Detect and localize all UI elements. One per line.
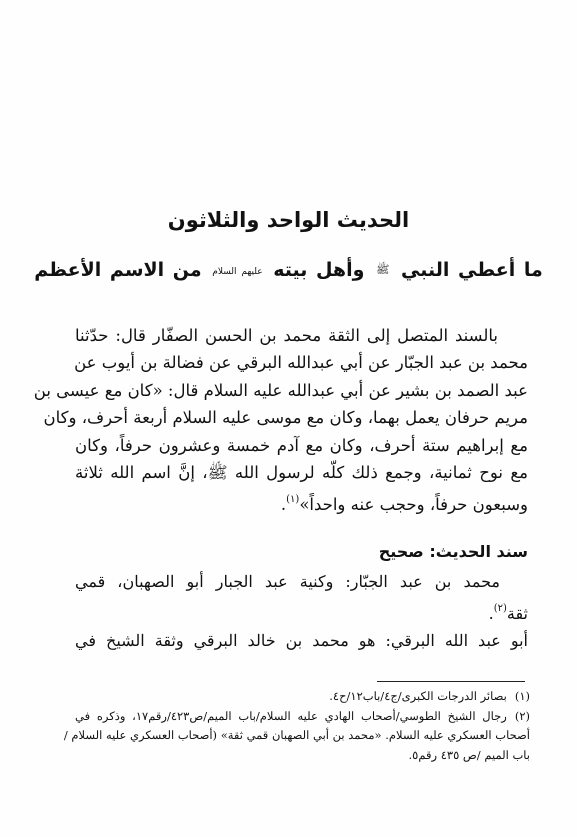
footnote-ref-2[interactable]: (٢) xyxy=(494,603,507,614)
book-page: الحديث الواحد والثلاثون ما أعطي النبي ﷺ … xyxy=(0,0,577,837)
footnote-number: (١) xyxy=(515,687,530,707)
footnotes: (١)بصائر الدرجات الكبرى/ج٤/باب١٢/ح٤. (٢)… xyxy=(75,687,530,765)
honorific-ahl-bayt-icon: عليهم السلام xyxy=(210,267,264,277)
subtitle-part-3: من الاسم الأعظم xyxy=(34,259,201,281)
hadith-line: بالسند المتصل إلى الثقة محمد بن الحسن ال… xyxy=(75,322,528,349)
footnote-ref-1[interactable]: (١) xyxy=(286,494,299,505)
footnote-text: رجال الشيخ الطوسي/أصحاب الهادي عليه السل… xyxy=(75,709,507,723)
hadith-line: وسبعون حرفاً، وحجب عنه واحداً» xyxy=(299,495,528,514)
narrator-line: محمد بن عبد الجبّار: وكنية عبد الجبار أب… xyxy=(75,568,528,595)
subtitle-part-1: ما أعطي النبي xyxy=(401,259,543,281)
subtitle-part-2: وأهل بيته xyxy=(273,259,364,281)
hadith-line: مع إبراهيم ستة أحرف، وكان مع آدم خمسة وع… xyxy=(75,432,528,459)
hadith-line: مع نوح ثمانية، وجمع ذلك كلّه لرسول الله … xyxy=(75,459,528,486)
chain-section-heading: سند الحديث: صحيح xyxy=(379,540,528,564)
hadith-line: مريم حرفان يعمل بهما، وكان مع موسى عليه … xyxy=(75,404,528,431)
footnote-separator xyxy=(377,681,525,682)
footnote-number: (٢) xyxy=(515,707,530,727)
hadith-line: محمد بن عبد الجبّار عن أبي عبدالله البرق… xyxy=(75,349,528,376)
narrator-entry: أبو عبد الله البرقي: هو محمد بن خالد الب… xyxy=(75,627,528,654)
footnote-2-cont: أصحاب العسكري عليه السلام. «محمد بن أبي … xyxy=(75,726,530,746)
footnote-2: (٢)رجال الشيخ الطوسي/أصحاب الهادي عليه ا… xyxy=(75,707,530,727)
hadith-line-last: وسبعون حرفاً، وحجب عنه واحداً»(١). xyxy=(75,486,528,513)
hadith-line: عبد الصمد بن بشير عن أبي عبدالله عليه ال… xyxy=(75,377,528,404)
footnote-2-cont: باب الميم /ص ٤٣٥ رقم٥. xyxy=(75,746,530,766)
chapter-subtitle: ما أعطي النبي ﷺ وأهل بيته عليهم السلام م… xyxy=(0,255,577,287)
honorific-prophet-icon: ﷺ xyxy=(373,263,392,276)
footnote-1: (١)بصائر الدرجات الكبرى/ج٤/باب١٢/ح٤. xyxy=(75,687,530,707)
narrator-line: ثقة xyxy=(507,604,528,623)
hadith-text: بالسند المتصل إلى الثقة محمد بن الحسن ال… xyxy=(75,322,528,514)
narrator-line: أبو عبد الله البرقي: هو محمد بن خالد الب… xyxy=(75,627,528,654)
narrator-line-last: ثقة(٢). xyxy=(75,595,528,622)
narrator-entry: محمد بن عبد الجبّار: وكنية عبد الجبار أب… xyxy=(75,568,528,622)
footnote-text: بصائر الدرجات الكبرى/ج٤/باب١٢/ح٤. xyxy=(329,689,507,703)
chapter-title: الحديث الواحد والثلاثون xyxy=(0,205,577,235)
